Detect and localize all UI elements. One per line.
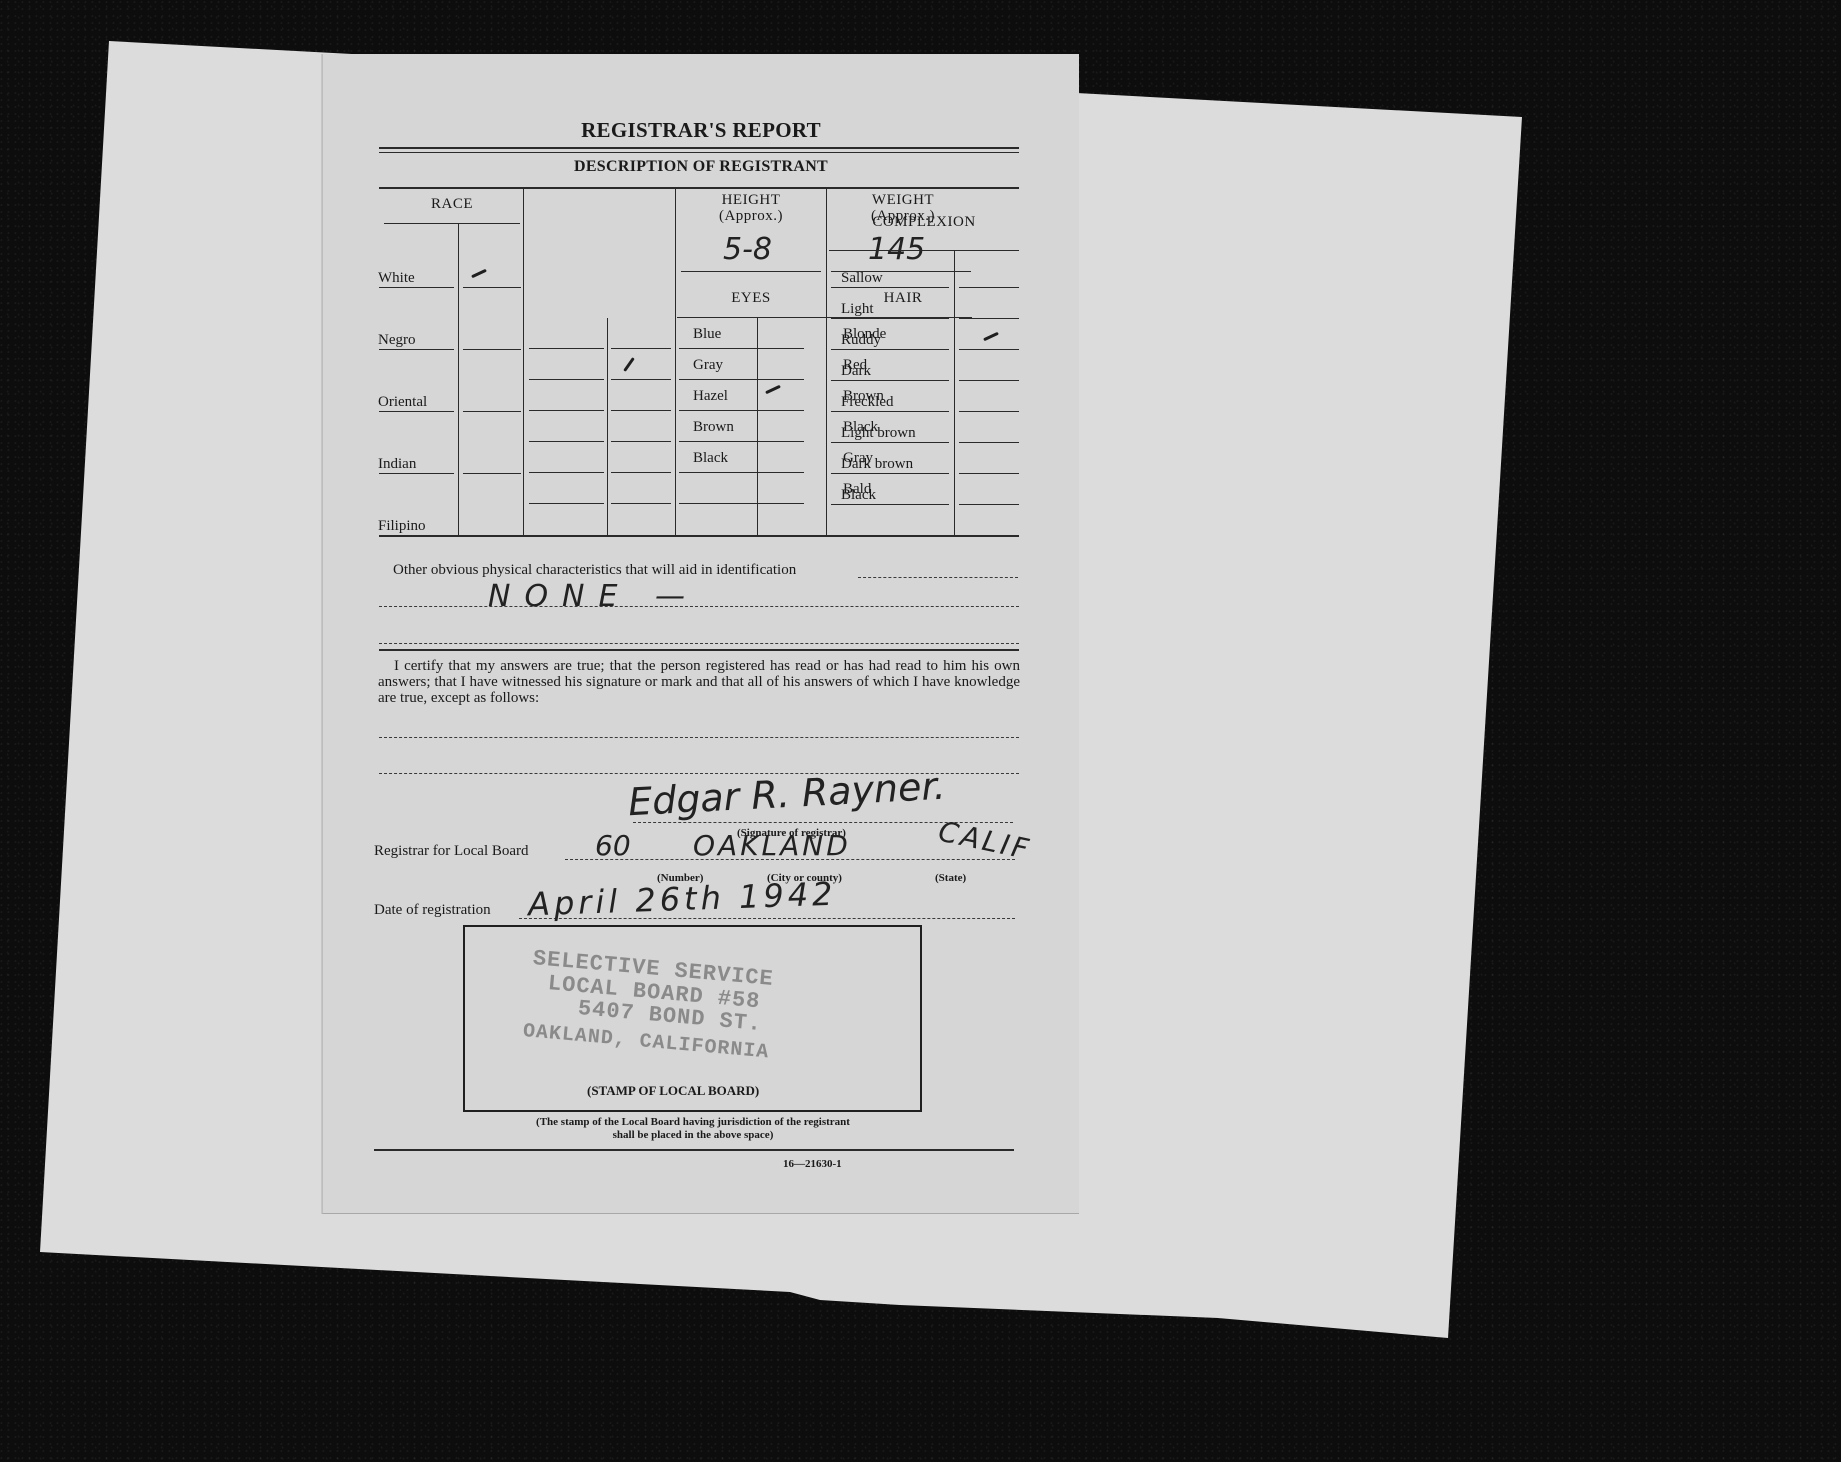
eyes-row-rule bbox=[529, 503, 604, 504]
eyes-row-rule bbox=[529, 472, 604, 473]
other-characteristics-value: NONE — bbox=[488, 579, 699, 614]
race-row-rule bbox=[463, 349, 521, 350]
complexion-row-rule bbox=[959, 380, 1019, 381]
eyes-black: Black bbox=[693, 450, 728, 467]
race-header: RACE bbox=[384, 196, 520, 213]
eyes-hair-row-rule bbox=[611, 410, 671, 411]
complexion-row-rule bbox=[831, 318, 949, 319]
race-header-rule bbox=[384, 223, 520, 224]
eyes-brown: Brown bbox=[693, 419, 734, 436]
complexion-dark: Dark bbox=[841, 363, 871, 380]
complexion-row-rule bbox=[831, 380, 949, 381]
race-row-rule bbox=[463, 287, 521, 288]
complexion-row-rule bbox=[959, 349, 1019, 350]
weight-header-label: WEIGHT bbox=[828, 192, 978, 208]
race-indian: Indian bbox=[378, 456, 416, 473]
divider-race bbox=[523, 188, 524, 535]
eyes-header: EYES bbox=[677, 290, 825, 307]
title-rule-1 bbox=[379, 147, 1019, 149]
dotted-line bbox=[379, 606, 1019, 607]
complexion-light: Light bbox=[841, 301, 874, 318]
divider-race-check bbox=[458, 224, 459, 535]
eyes-hair-row-rule bbox=[611, 503, 671, 504]
race-oriental: Oriental bbox=[378, 394, 427, 411]
hair-brown-checkmark-icon bbox=[765, 385, 781, 394]
title-rule-2 bbox=[379, 152, 1019, 153]
eyes-gray-checkmark-icon bbox=[623, 357, 635, 372]
eyes-row-rule bbox=[529, 441, 604, 442]
height-header-label: HEIGHT bbox=[677, 192, 825, 208]
complexion-freckled: Freckled bbox=[841, 394, 893, 411]
complexion-row-rule bbox=[831, 442, 949, 443]
complexion-row-rule bbox=[959, 411, 1019, 412]
race-filipino: Filipino bbox=[378, 518, 426, 535]
eyes-hazel: Hazel bbox=[693, 388, 728, 405]
other-characteristics-dotted-line bbox=[858, 577, 1018, 578]
race-white-checkmark-icon bbox=[471, 269, 487, 278]
dotted-line bbox=[379, 643, 1019, 644]
complexion-row-rule bbox=[831, 349, 949, 350]
complexion-row-rule bbox=[959, 287, 1019, 288]
race-negro: Negro bbox=[378, 332, 416, 349]
local-board-number: 60 bbox=[595, 829, 631, 862]
other-characteristics-label: Other obvious physical characteristics t… bbox=[393, 562, 796, 579]
complexion-dark-brown: Dark brown bbox=[841, 456, 913, 473]
divider-eyes-check bbox=[607, 318, 608, 535]
eyes-hair-row-rule bbox=[679, 441, 804, 442]
complexion-header-rule bbox=[829, 250, 1019, 251]
race-white: White bbox=[378, 270, 415, 287]
registrar-report-card: REGISTRAR'S REPORT DESCRIPTION OF REGIST… bbox=[322, 54, 1079, 1214]
complexion-ruddy: Ruddy bbox=[841, 332, 881, 349]
complexion-ruddy-checkmark-icon bbox=[983, 332, 999, 341]
stamp-caption: (STAMP OF LOCAL BOARD) bbox=[587, 1083, 759, 1099]
stamp-note-line-1: (The stamp of the Local Board having jur… bbox=[323, 1116, 1063, 1128]
complexion-row-rule bbox=[831, 411, 949, 412]
height-value: 5-8 bbox=[723, 232, 772, 267]
certification-text: I certify that my answers are true; that… bbox=[378, 658, 1020, 706]
complexion-row-rule bbox=[959, 318, 1019, 319]
race-row-rule bbox=[463, 473, 521, 474]
complexion-row-rule bbox=[831, 287, 949, 288]
state-caption: (State) bbox=[935, 872, 966, 884]
eyes-hair-row-rule bbox=[611, 441, 671, 442]
complexion-header: COMPLEXION bbox=[829, 214, 1019, 231]
date-value: April 26th 1942 bbox=[527, 875, 837, 924]
eyes-gray: Gray bbox=[693, 357, 723, 374]
table-bottom-rule bbox=[379, 535, 1019, 537]
date-label: Date of registration bbox=[374, 902, 491, 919]
eyes-row-rule bbox=[529, 348, 604, 349]
footer-rule bbox=[374, 1149, 1014, 1151]
divider-weight bbox=[826, 188, 827, 535]
divider-height bbox=[675, 188, 676, 535]
eyes-row-rule bbox=[529, 410, 604, 411]
race-row-rule bbox=[463, 411, 521, 412]
local-board-city: OAKLAND bbox=[693, 829, 851, 862]
height-header-sub: (Approx.) bbox=[677, 208, 825, 224]
race-row-rule bbox=[379, 287, 454, 288]
eyes-hair-row-rule bbox=[679, 379, 804, 380]
complexion-light-brown: Light brown bbox=[841, 425, 916, 442]
complexion-sallow: Sallow bbox=[841, 270, 883, 287]
eyes-hair-row-rule bbox=[611, 472, 671, 473]
page-title: REGISTRAR'S REPORT bbox=[323, 118, 1079, 143]
complexion-row-rule bbox=[831, 473, 949, 474]
section-rule bbox=[379, 649, 1019, 651]
race-row-rule bbox=[379, 473, 454, 474]
eyes-blue: Blue bbox=[693, 326, 721, 343]
complexion-row-rule bbox=[831, 504, 949, 505]
race-row-rule bbox=[379, 349, 454, 350]
complexion-row-rule bbox=[959, 504, 1019, 505]
eyes-hair-row-rule bbox=[611, 379, 671, 380]
eyes-hair-row-rule bbox=[679, 472, 804, 473]
dotted-line bbox=[379, 737, 1019, 738]
section-title: DESCRIPTION OF REGISTRANT bbox=[323, 158, 1079, 176]
local-board-label: Registrar for Local Board bbox=[374, 843, 529, 860]
height-rule bbox=[681, 271, 821, 272]
complexion-black: Black bbox=[841, 487, 876, 504]
complexion-row-rule bbox=[959, 473, 1019, 474]
eyes-hair-row-rule bbox=[679, 503, 804, 504]
eyes-row-rule bbox=[529, 379, 604, 380]
table-top-rule bbox=[379, 187, 1019, 189]
eyes-hair-row-rule bbox=[679, 348, 804, 349]
height-header: HEIGHT (Approx.) bbox=[677, 192, 825, 224]
eyes-hair-row-rule bbox=[679, 410, 804, 411]
stamp-note-line-2: shall be placed in the above space) bbox=[323, 1129, 1063, 1141]
race-row-rule bbox=[379, 411, 454, 412]
eyes-hair-row-rule bbox=[611, 348, 671, 349]
complexion-row-rule bbox=[959, 442, 1019, 443]
form-number: 16—21630-1 bbox=[783, 1158, 842, 1170]
